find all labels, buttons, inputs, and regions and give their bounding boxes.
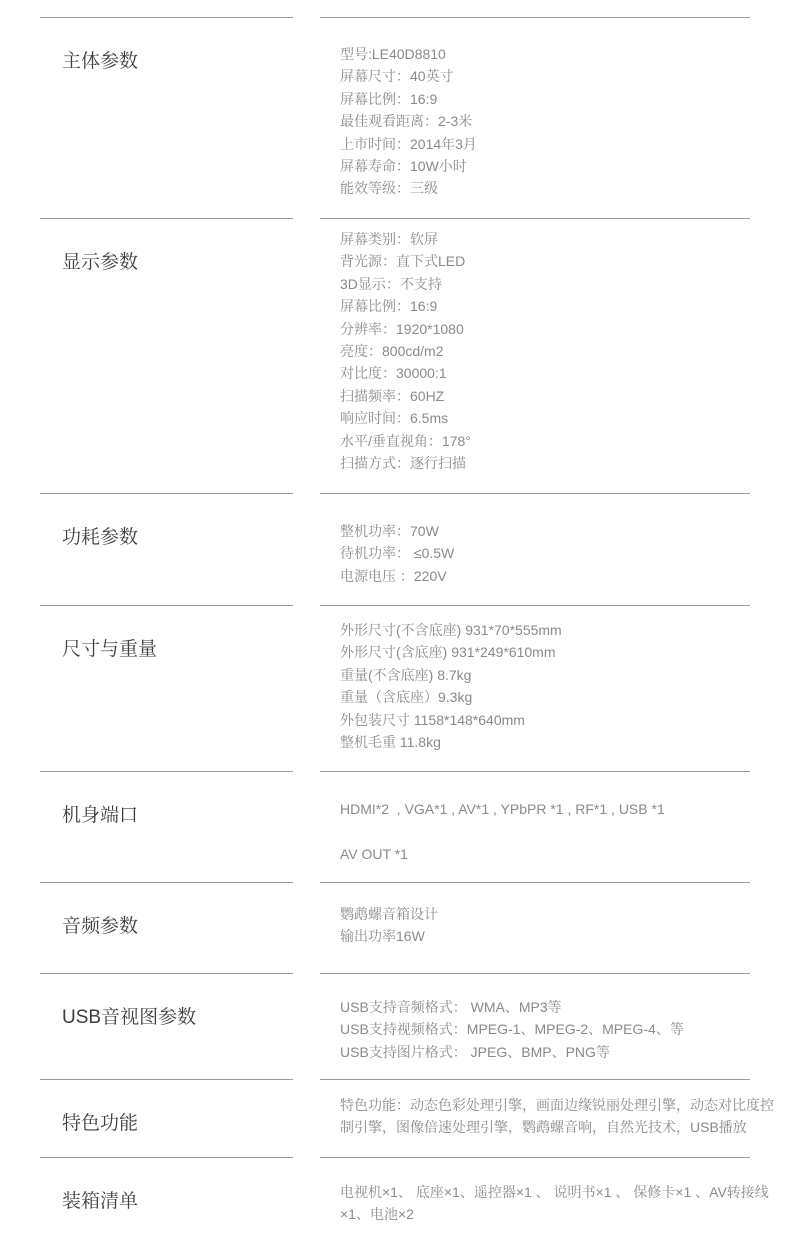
- spec-section-right: 外形尺寸(不含底座) 931*70*555mm外形尺寸(含底座) 931*249…: [320, 605, 790, 771]
- spec-line: 整机毛重 11.8kg: [340, 731, 780, 753]
- spec-section: 尺寸与重量外形尺寸(不含底座) 931*70*555mm外形尺寸(含底座) 93…: [0, 605, 790, 771]
- spec-line: USB支持视频格式：MPEG-1、MPEG-2、MPEG-4、等: [340, 1018, 780, 1040]
- spec-section: 音频参数鹦鹉螺音箱设计输出功率16W: [0, 882, 790, 973]
- spec-line: HDMI*2 , VGA*1 , AV*1 , YPbPR *1 , RF*1 …: [340, 798, 780, 820]
- section-content: 整机功率：70W待机功率： ≤0.5W电源电压 ：220V: [320, 493, 790, 587]
- section-content: 特色功能：动态色彩处理引擎，画面边缘锐丽处理引擎，动态对比度控制引擎，图像倍速处…: [320, 1079, 790, 1139]
- spec-line: 电视机×1、 底座×1、遥控器×1 、 说明书×1 、 保修卡×1 、AV转接线…: [340, 1181, 780, 1226]
- spec-line: 屏幕比例：16:9: [340, 88, 780, 110]
- spec-line: 型号:LE40D8810: [340, 43, 780, 65]
- spec-section-right: 整机功率：70W待机功率： ≤0.5W电源电压 ：220V: [320, 493, 790, 605]
- spec-line: 屏幕尺寸：40英寸: [340, 65, 780, 87]
- section-content: HDMI*2 , VGA*1 , AV*1 , YPbPR *1 , RF*1 …: [320, 771, 790, 865]
- spec-section-left: 装箱清单: [40, 1157, 320, 1248]
- spec-line: 鹦鹉螺音箱设计: [340, 903, 780, 925]
- spec-line: 能效等级：三级: [340, 177, 780, 199]
- spec-line: 水平/垂直视角：178°: [340, 430, 780, 452]
- spec-line: 背光源：直下式LED: [340, 250, 780, 272]
- section-title: 装箱清单: [40, 1157, 320, 1213]
- spec-section: 特色功能特色功能：动态色彩处理引擎，画面边缘锐丽处理引擎，动态对比度控制引擎，图…: [0, 1079, 790, 1157]
- spec-line: 电源电压 ：220V: [340, 565, 780, 587]
- spec-line: 输出功率16W: [340, 925, 780, 947]
- section-title: 显示参数: [40, 218, 320, 274]
- spec-line: 待机功率： ≤0.5W: [340, 542, 780, 564]
- spec-section: 功耗参数整机功率：70W待机功率： ≤0.5W电源电压 ：220V: [0, 493, 790, 605]
- spec-line: 扫描频率：60HZ: [340, 385, 780, 407]
- spec-line: 屏幕比例：16:9: [340, 295, 780, 317]
- section-title: 特色功能: [40, 1079, 320, 1135]
- section-title: 主体参数: [40, 17, 320, 73]
- section-content: 屏幕类别：软屏背光源：直下式LED3D显示：不支持屏幕比例：16:9分辨率：19…: [320, 218, 790, 474]
- spec-line: 3D显示：不支持: [340, 273, 780, 295]
- spec-section-right: HDMI*2 , VGA*1 , AV*1 , YPbPR *1 , RF*1 …: [320, 771, 790, 882]
- spec-line: 亮度：800cd/m2: [340, 340, 780, 362]
- section-content: 鹦鹉螺音箱设计输出功率16W: [320, 882, 790, 948]
- section-title: USB音视图参数: [40, 973, 320, 1029]
- spec-line: 外包装尺寸 1158*148*640mm: [340, 709, 780, 731]
- spec-section-right: 屏幕类别：软屏背光源：直下式LED3D显示：不支持屏幕比例：16:9分辨率：19…: [320, 218, 790, 493]
- spec-section-left: USB音视图参数: [40, 973, 320, 1079]
- spec-section-right: USB支持音频格式： WMA、MP3等USB支持视频格式：MPEG-1、MPEG…: [320, 973, 790, 1079]
- spec-line: 分辨率：1920*1080: [340, 318, 780, 340]
- spec-line: 屏幕类别：软屏: [340, 228, 780, 250]
- section-title: 功耗参数: [40, 493, 320, 549]
- spec-line: USB支持音频格式： WMA、MP3等: [340, 996, 780, 1018]
- spec-line: 外形尺寸(不含底座) 931*70*555mm: [340, 619, 780, 641]
- spec-line: AV OUT *1: [340, 843, 780, 865]
- spec-line: 上市时间：2014年3月: [340, 133, 780, 155]
- spec-section: USB音视图参数USB支持音频格式： WMA、MP3等USB支持视频格式：MPE…: [0, 973, 790, 1079]
- section-content: USB支持音频格式： WMA、MP3等USB支持视频格式：MPEG-1、MPEG…: [320, 973, 790, 1063]
- spec-section-left: 尺寸与重量: [40, 605, 320, 771]
- spec-section-left: 特色功能: [40, 1079, 320, 1157]
- spec-section: 装箱清单电视机×1、 底座×1、遥控器×1 、 说明书×1 、 保修卡×1 、A…: [0, 1157, 790, 1248]
- spec-section: 显示参数屏幕类别：软屏背光源：直下式LED3D显示：不支持屏幕比例：16:9分辨…: [0, 218, 790, 493]
- spec-section-right: 型号:LE40D8810屏幕尺寸：40英寸屏幕比例：16:9最佳观看距离：2-3…: [320, 17, 790, 218]
- spec-line: 重量(不含底座) 8.7kg: [340, 664, 780, 686]
- section-title: 尺寸与重量: [40, 605, 320, 661]
- spec-section-left: 显示参数: [40, 218, 320, 493]
- section-title: 机身端口: [40, 771, 320, 827]
- spec-line: 最佳观看距离：2-3米: [340, 110, 780, 132]
- spec-line: 重量（含底座）9.3kg: [340, 686, 780, 708]
- spec-line: 响应时间：6.5ms: [340, 407, 780, 429]
- spec-line: [340, 820, 780, 842]
- spec-line: 特色功能：动态色彩处理引擎，画面边缘锐丽处理引擎，动态对比度控制引擎，图像倍速处…: [340, 1094, 780, 1139]
- spec-line: 外形尺寸(含底座) 931*249*610mm: [340, 641, 780, 663]
- section-title: 音频参数: [40, 882, 320, 938]
- spec-line: USB支持图片格式： JPEG、BMP、PNG等: [340, 1041, 780, 1063]
- section-content: 型号:LE40D8810屏幕尺寸：40英寸屏幕比例：16:9最佳观看距离：2-3…: [320, 17, 790, 200]
- product-spec-table: 主体参数型号:LE40D8810屏幕尺寸：40英寸屏幕比例：16:9最佳观看距离…: [0, 0, 790, 1248]
- spec-section-right: 电视机×1、 底座×1、遥控器×1 、 说明书×1 、 保修卡×1 、AV转接线…: [320, 1157, 790, 1248]
- spec-section-left: 功耗参数: [40, 493, 320, 605]
- spec-section-right: 鹦鹉螺音箱设计输出功率16W: [320, 882, 790, 973]
- spec-section-right: 特色功能：动态色彩处理引擎，画面边缘锐丽处理引擎，动态对比度控制引擎，图像倍速处…: [320, 1079, 790, 1157]
- section-content: 电视机×1、 底座×1、遥控器×1 、 说明书×1 、 保修卡×1 、AV转接线…: [320, 1157, 790, 1226]
- spec-line: 屏幕寿命：10W小时: [340, 155, 780, 177]
- section-content: 外形尺寸(不含底座) 931*70*555mm外形尺寸(含底座) 931*249…: [320, 605, 790, 753]
- spec-section-left: 主体参数: [40, 17, 320, 218]
- spec-section: 主体参数型号:LE40D8810屏幕尺寸：40英寸屏幕比例：16:9最佳观看距离…: [0, 17, 790, 218]
- spec-section-left: 机身端口: [40, 771, 320, 882]
- spec-line: 对比度：30000:1: [340, 362, 780, 384]
- spec-section: 机身端口HDMI*2 , VGA*1 , AV*1 , YPbPR *1 , R…: [0, 771, 790, 882]
- spec-line: 扫描方式：逐行扫描: [340, 452, 780, 474]
- spec-section-left: 音频参数: [40, 882, 320, 973]
- spec-line: 整机功率：70W: [340, 520, 780, 542]
